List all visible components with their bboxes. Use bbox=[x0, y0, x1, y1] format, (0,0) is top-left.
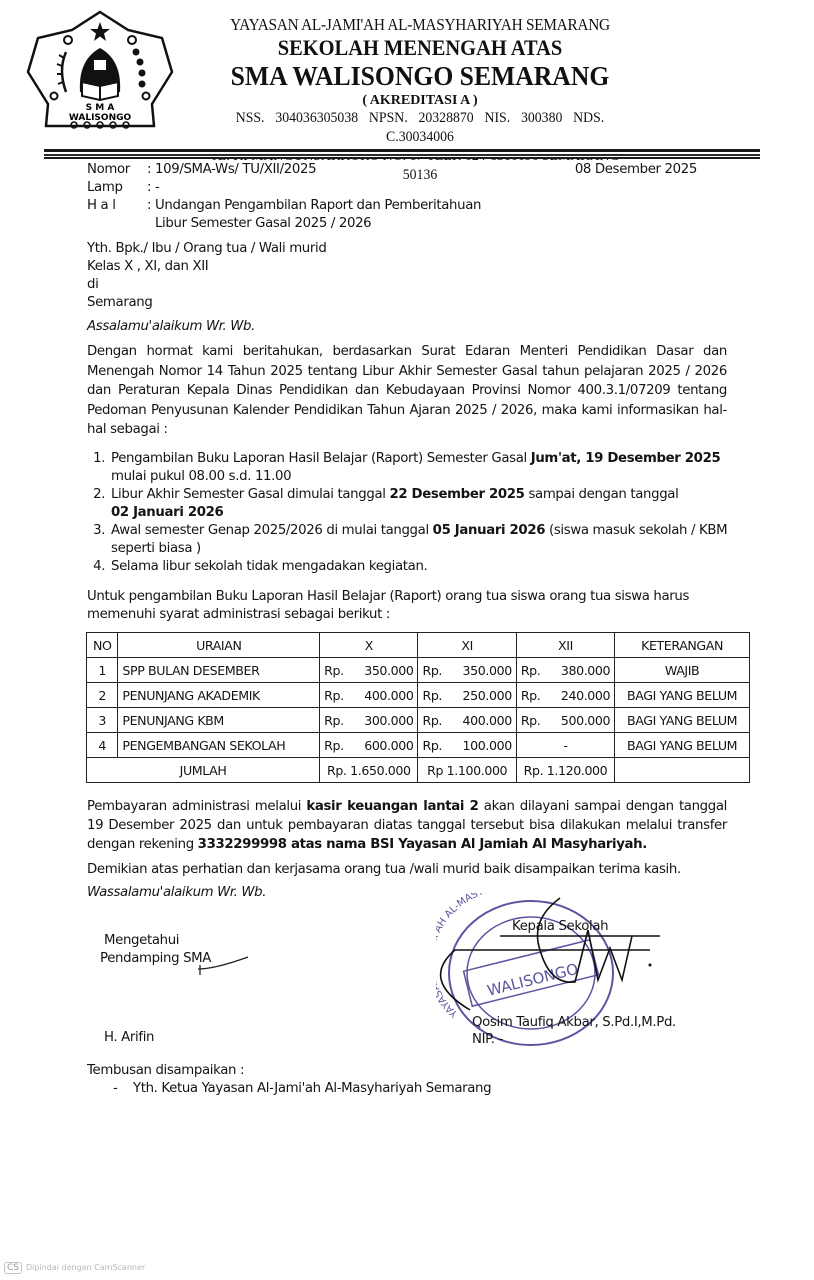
row-desc: PENGEMBANGAN SEKOLAH bbox=[118, 733, 320, 758]
signature-mark-left bbox=[160, 955, 250, 985]
recipient-line: Yth. Bpk./ Ibu / Orang tua / Wali murid bbox=[87, 240, 727, 258]
requirements-intro: Untuk pengambilan Buku Laporan Hasil Bel… bbox=[87, 588, 727, 624]
amount-cell: - bbox=[516, 733, 614, 758]
amount-cell: Rp.300.000 bbox=[320, 708, 418, 733]
points-list-container: Pengambilan Buku Laporan Hasil Belajar (… bbox=[87, 450, 737, 576]
camscanner-icon: CS bbox=[4, 1262, 22, 1274]
row-desc: SPP BULAN DESEMBER bbox=[118, 658, 320, 683]
total-xii: Rp. 1.120.000 bbox=[516, 758, 614, 783]
amount-cell: Rp.250.000 bbox=[418, 683, 516, 708]
principal-name: Qosim Taufiq Akbar, S.Pd.I,M.Pd. bbox=[472, 1014, 732, 1032]
recipient-line: di bbox=[87, 276, 727, 294]
table-total-row: JUMLAH Rp. 1.650.000 Rp 1.100.000 Rp. 1.… bbox=[87, 758, 750, 783]
closing-paragraph: Demikian atas perhatian dan kerjasama or… bbox=[87, 861, 747, 879]
lamp-label: Lamp bbox=[87, 179, 147, 197]
amount-cell: Rp.400.000 bbox=[320, 683, 418, 708]
point-item: Pengambilan Buku Laporan Hasil Belajar (… bbox=[109, 450, 737, 486]
total-note bbox=[615, 758, 750, 783]
greeting: Assalamu'alaikum Wr. Wb. bbox=[87, 318, 727, 336]
scanner-watermark: CSDipindai dengan CamScanner bbox=[4, 1262, 145, 1274]
points-list: Pengambilan Buku Laporan Hasil Belajar (… bbox=[87, 450, 737, 576]
amount-cell: Rp.350.000 bbox=[418, 658, 516, 683]
amount-cell: Rp.600.000 bbox=[320, 733, 418, 758]
letterhead-divider bbox=[44, 149, 760, 159]
recipient-line: Semarang bbox=[87, 294, 727, 312]
header-no: NO bbox=[87, 633, 118, 658]
table-row: 4 PENGEMBANGAN SEKOLAH Rp.600.000Rp.100.… bbox=[87, 733, 750, 758]
row-no: 2 bbox=[87, 683, 118, 708]
left-signatory-name: H. Arifin bbox=[104, 1029, 264, 1047]
school-type: SEKOLAH MENENGAH ATAS bbox=[197, 36, 643, 60]
amount-cell: Rp.100.000 bbox=[418, 733, 516, 758]
amount-cell: Rp.500.000 bbox=[516, 708, 614, 733]
letter-date: 08 Desember 2025 bbox=[575, 161, 697, 179]
amount-cell: Rp.380.000 bbox=[516, 658, 614, 683]
point-item: Libur Akhir Semester Gasal dimulai tangg… bbox=[109, 486, 737, 522]
row-desc: PENUNJANG KBM bbox=[118, 708, 320, 733]
principal-nip: NIP. - bbox=[472, 1031, 632, 1049]
table-header-row: NO URAIAN X XI XII KETERANGAN bbox=[87, 633, 750, 658]
school-crest-icon: S M A WALISONGO bbox=[24, 8, 176, 132]
row-desc: PENUNJANG AKADEMIK bbox=[118, 683, 320, 708]
point-item: Awal semester Genap 2025/2026 di mulai t… bbox=[109, 522, 737, 558]
intro-paragraph: Dengan hormat kami beritahukan, berdasar… bbox=[87, 342, 727, 440]
scanner-text: Dipindai dengan CamScanner bbox=[26, 1263, 145, 1272]
foundation-name: YAYASAN AL-JAMI'AH AL-MASYHARIYAH SEMARA… bbox=[197, 14, 643, 36]
header-x: X bbox=[320, 633, 418, 658]
amount-cell: Rp.350.000 bbox=[320, 658, 418, 683]
header-uraian: URAIAN bbox=[118, 633, 320, 658]
letter-meta: Nomor : 109/SMA-Ws/ TU/XII/2025 08 Desem… bbox=[87, 161, 727, 233]
hal-label: H a l bbox=[87, 197, 147, 233]
table-row: 1 SPP BULAN DESEMBER Rp.350.000Rp.350.00… bbox=[87, 658, 750, 683]
cc-label: Tembusan disampaikan : bbox=[87, 1062, 727, 1080]
row-no: 1 bbox=[87, 658, 118, 683]
header-xii: XII bbox=[516, 633, 614, 658]
nomor-label: Nomor bbox=[87, 161, 147, 179]
school-name: SMA WALISONGO SEMARANG bbox=[192, 60, 648, 92]
table-row: 2 PENUNJANG AKADEMIK Rp.400.000Rp.250.00… bbox=[87, 683, 750, 708]
hal-value: : Undangan Pengambilan Raport dan Pember… bbox=[147, 198, 481, 213]
school-ids: NSS. 304036305038 NPSN. 20328870 NIS. 30… bbox=[199, 109, 641, 147]
left-sign-line1: Mengetahui bbox=[100, 932, 260, 950]
recipient-line: Kelas X , XI, dan XII bbox=[87, 258, 727, 276]
accreditation: ( AKREDITASI A ) bbox=[180, 92, 660, 109]
lamp-row: Lamp : - bbox=[87, 179, 727, 197]
amount-cell: Rp.240.000 bbox=[516, 683, 614, 708]
row-note: WAJIB bbox=[615, 658, 750, 683]
nomor-value: : 109/SMA-Ws/ TU/XII/2025 bbox=[147, 161, 316, 179]
row-note: BAGI YANG BELUM bbox=[615, 733, 750, 758]
total-label: JUMLAH bbox=[87, 758, 320, 783]
recipient-block: Yth. Bpk./ Ibu / Orang tua / Wali murid … bbox=[87, 240, 727, 312]
payment-paragraph: Pembayaran administrasi melalui kasir ke… bbox=[87, 797, 727, 854]
row-no: 3 bbox=[87, 708, 118, 733]
row-note: BAGI YANG BELUM bbox=[615, 683, 750, 708]
cc-item: - Yth. Ketua Yayasan Al-Jami'ah Al-Masyh… bbox=[87, 1080, 727, 1098]
letterhead: S M A WALISONGO YAYASAN AL-JAMI'AH AL-MA… bbox=[0, 0, 814, 140]
hal-row: H a l : Undangan Pengambilan Raport dan … bbox=[87, 197, 727, 233]
hal-value-2: Libur Semester Gasal 2025 / 2026 bbox=[147, 216, 371, 231]
row-no: 4 bbox=[87, 733, 118, 758]
total-x: Rp. 1.650.000 bbox=[320, 758, 418, 783]
svg-text:S M A: S M A bbox=[86, 103, 115, 113]
cc-block: Tembusan disampaikan : - Yth. Ketua Yaya… bbox=[87, 1062, 727, 1098]
header-keterangan: KETERANGAN bbox=[615, 633, 750, 658]
fee-table: NO URAIAN X XI XII KETERANGAN 1 SPP BULA… bbox=[86, 632, 750, 783]
table-row: 3 PENUNJANG KBM Rp.300.000Rp.400.000Rp.5… bbox=[87, 708, 750, 733]
lamp-value: : - bbox=[147, 179, 159, 197]
header-xi: XI bbox=[418, 633, 516, 658]
row-note: BAGI YANG BELUM bbox=[615, 708, 750, 733]
amount-cell: Rp.400.000 bbox=[418, 708, 516, 733]
total-xi: Rp 1.100.000 bbox=[418, 758, 516, 783]
point-item: Selama libur sekolah tidak mengadakan ke… bbox=[109, 558, 737, 576]
